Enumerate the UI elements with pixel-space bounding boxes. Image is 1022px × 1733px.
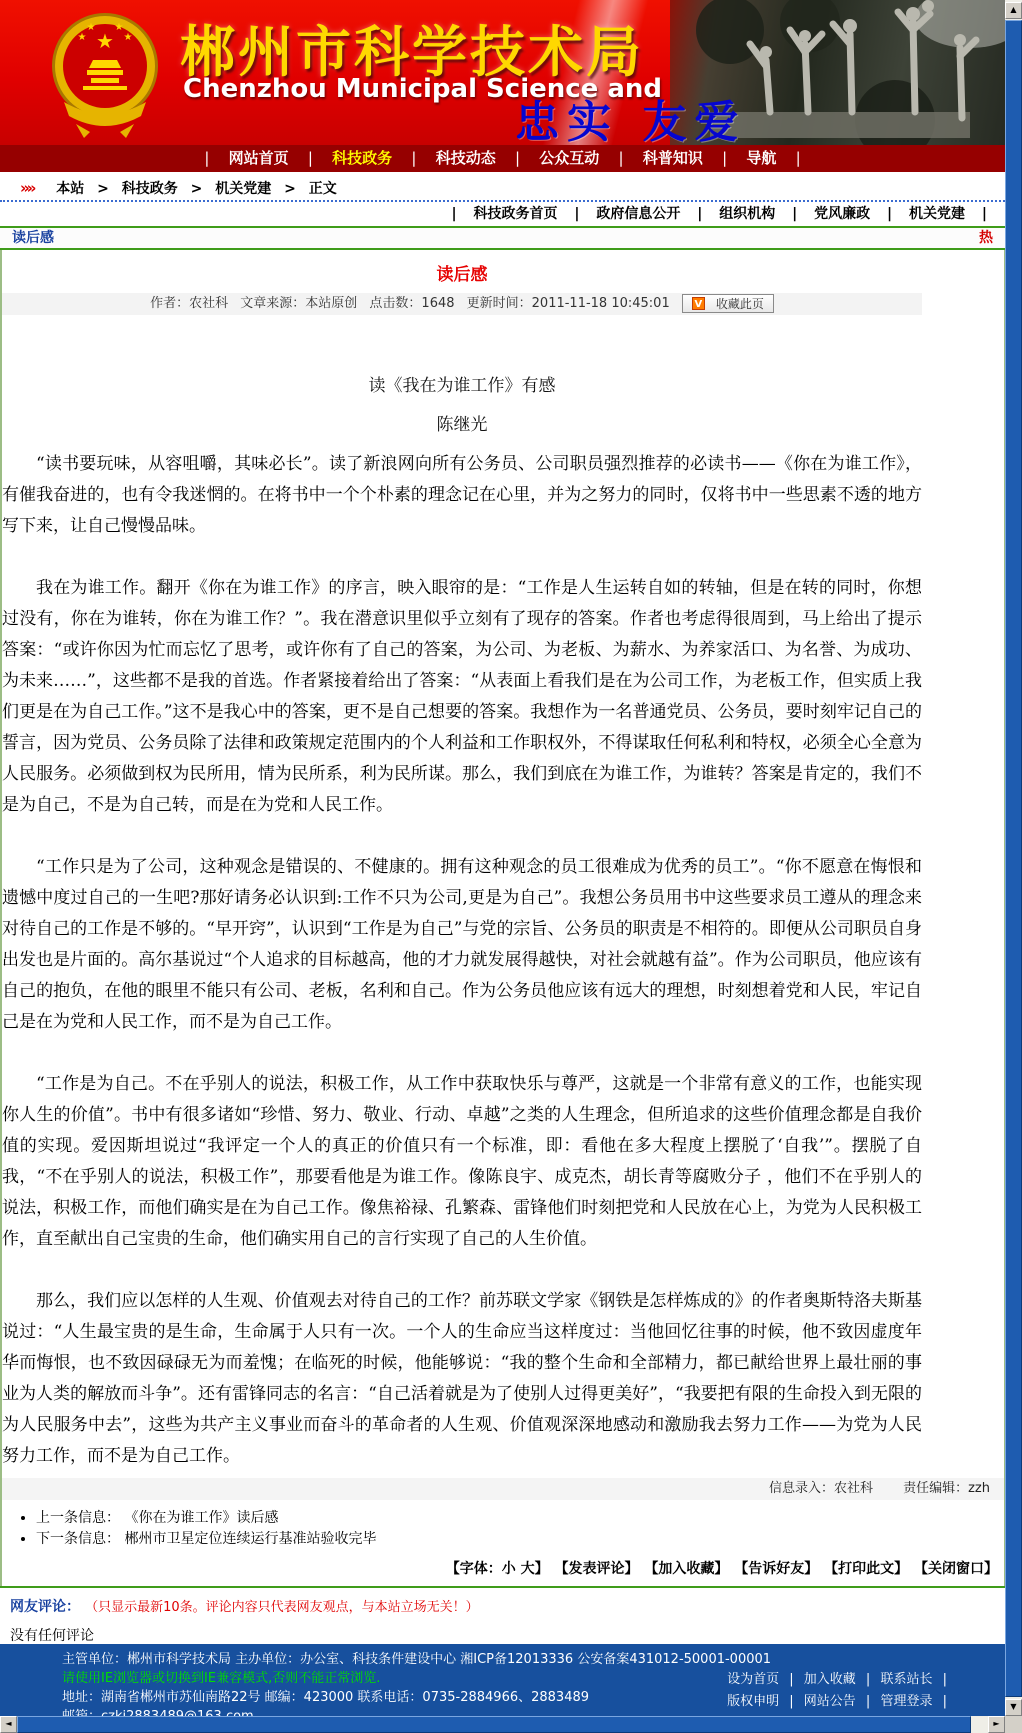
hot-badge: 热 (979, 228, 993, 248)
scroll-right-button[interactable]: ► (988, 1716, 1005, 1733)
page: ★ ★ ★ ★ ★ 郴州市科学技术局 Chenzhou Municipal Sc… (0, 0, 1022, 1733)
arrow-down-icon: ▼ (1010, 1702, 1016, 1711)
prev-next-list: 上一条信息： 《你在为谁工作》读后感 下一条信息： 郴州市卫星定位连续运行基准站… (2, 1508, 1004, 1550)
nav-item-keji-zhengwu[interactable]: 科技政务 (332, 149, 392, 167)
next-label: 下一条信息： (36, 1531, 120, 1547)
favorite-page-button[interactable]: V收藏此页 (682, 294, 774, 313)
vertical-scrollbar-thumb[interactable] (1005, 20, 1022, 1697)
slogan-text: 忠实 友爱 (515, 86, 746, 145)
footer-browser-notice: 请使用IE浏览器或切换到IE兼容模式,否则不能正常浏览. (62, 1669, 771, 1688)
entry-person: 信息录入：农社科 (769, 1481, 873, 1496)
meta-author: 作者：农社科 (150, 296, 228, 311)
footer-org-line: 主管单位：郴州市科学技术局 主办单位：办公室、科技条件建设中心 湘ICP备120… (62, 1650, 771, 1669)
subnav-divider: | (982, 206, 987, 222)
article-inner: 读后感 作者：农社科 文章来源：本站原创 点击数：1648 更新时间：2011-… (2, 250, 922, 1472)
svg-text:★: ★ (87, 22, 96, 33)
next-link[interactable]: 郴州市卫星定位连续运行基准站验收完毕 (124, 1531, 376, 1547)
copyright-link[interactable]: 版权申明 (727, 1694, 779, 1709)
nav-item-keji-dongtai[interactable]: 科技动态 (436, 149, 496, 167)
scroll-up-button[interactable]: ▲ (1005, 2, 1022, 19)
subnav-divider: | (697, 206, 702, 222)
add-favorite-link[interactable]: 加入收藏 (804, 1672, 856, 1687)
footer-divider: | (943, 1672, 947, 1687)
site-footer: 主管单位：郴州市科学技术局 主办单位：办公室、科技条件建设中心 湘ICP备120… (0, 1644, 1005, 1720)
nav-item-kepu-zhishi[interactable]: 科普知识 (643, 149, 703, 167)
close-window-button[interactable]: 【关闭窗口】 (914, 1561, 998, 1577)
arrow-right-icon: ► (993, 1719, 999, 1728)
nav-divider: | (204, 149, 209, 167)
subnav-item-zhengwu-home[interactable]: 科技政务首页 (474, 206, 558, 222)
subnav-divider: | (792, 206, 797, 222)
page-content: ★ ★ ★ ★ ★ 郴州市科学技术局 Chenzhou Municipal Sc… (0, 0, 1005, 1716)
favorite-label: 收藏此页 (716, 293, 764, 315)
subnav-item-xinxi-gongkai[interactable]: 政府信息公开 (596, 206, 680, 222)
scroll-down-button[interactable]: ▼ (1005, 1699, 1022, 1716)
nav-item-gongzhong-hudong[interactable]: 公众互动 (539, 149, 599, 167)
meta-source: 文章来源：本站原创 (240, 296, 357, 311)
paragraph: 我在为谁工作。翻开《你在为谁工作》的序言，映入眼帘的是：“工作是人生运转自如的转… (2, 573, 922, 821)
nav-divider: | (308, 149, 313, 167)
breadcrumb-item-jiguan-dangjian[interactable]: 机关党建 (215, 181, 271, 197)
footer-divider: | (943, 1694, 947, 1709)
breadcrumb-item-current: 正文 (309, 181, 337, 197)
prev-label: 上一条信息： (36, 1510, 120, 1526)
nav-divider: | (722, 149, 727, 167)
section-title[interactable]: 读后感 (12, 228, 54, 248)
comments-note: （只显示最新10条。评论内容只代表网友观点，与本站立场无关！） (85, 1600, 479, 1615)
meta-updated: 更新时间：2011-11-18 10:45:01 (467, 296, 670, 311)
footer-info: 主管单位：郴州市科学技术局 主办单位：办公室、科技条件建设中心 湘ICP备120… (62, 1650, 771, 1726)
meta-clicks: 点击数：1648 (369, 296, 454, 311)
entry-info-bar: 信息录入：农社科 责任编辑：zzh (2, 1478, 1004, 1500)
comments-empty-message: 没有任何评论 (10, 1625, 995, 1645)
add-favorite-button[interactable]: 【加入收藏】 (644, 1561, 728, 1577)
article-box: 读后感 作者：农社科 文章来源：本站原创 点击数：1648 更新时间：2011-… (0, 250, 1005, 1586)
nav-divider: | (411, 149, 416, 167)
vertical-scrollbar[interactable]: ▲ ▼ (1005, 0, 1022, 1716)
favorite-v-icon: V (692, 297, 705, 310)
paragraph: 那么，我们应以怎样的人生观、价值观去对待自己的工作？前苏联文学家《钢铁是怎样炼成… (2, 1286, 922, 1472)
subnav-item-zuzhi-jigou[interactable]: 组织机构 (719, 206, 775, 222)
arrow-up-icon: ▲ (1010, 5, 1016, 14)
breadcrumb-item-keji-zhengwu[interactable]: 科技政务 (122, 181, 178, 197)
footer-address-line: 地址：湖南省郴州市苏仙南路22号 邮编：423000 联系电话：0735-288… (62, 1688, 771, 1707)
article-byline: 陈继光 (2, 410, 922, 435)
nav-divider: | (796, 149, 801, 167)
article-toolbar: 【字体：小 大】 【发表评论】 【加入收藏】 【告诉好友】 【打印此文】 【关闭… (2, 1550, 1004, 1586)
nav-item-daohang[interactable]: 导航 (746, 149, 776, 167)
paragraph: “读书要玩味，从容咀嚼，其味必长”。读了新浪网向所有公务员、公司职员强烈推荐的必… (2, 449, 922, 542)
subnav-divider: | (574, 206, 579, 222)
comments-title: 网友评论： (10, 1599, 80, 1615)
site-header-banner: ★ ★ ★ ★ ★ 郴州市科学技术局 Chenzhou Municipal Sc… (0, 0, 1005, 145)
prev-link[interactable]: 《你在为谁工作》读后感 (124, 1510, 278, 1526)
subnav-divider: | (887, 206, 892, 222)
breadcrumb-item-home[interactable]: 本站 (56, 181, 84, 197)
svg-text:★: ★ (124, 32, 133, 43)
nav-divider: | (619, 149, 624, 167)
horizontal-scrollbar[interactable]: ◄ ► (0, 1716, 1005, 1733)
svg-text:★: ★ (115, 22, 124, 33)
prev-item: 上一条信息： 《你在为谁工作》读后感 (36, 1508, 1004, 1529)
article-title: 读后感 (2, 260, 922, 285)
scroll-left-button[interactable]: ◄ (0, 1716, 17, 1733)
main-nav: | 网站首页 | 科技政务 | 科技动态 | 公众互动 | 科普知识 | 导航 … (0, 145, 1005, 172)
editor-person: 责任编辑：zzh (903, 1481, 990, 1496)
footer-links-row1: 设为首页 | 加入收藏 | 联系站长 | (721, 1669, 947, 1691)
site-notice-link[interactable]: 网站公告 (804, 1694, 856, 1709)
paragraph: “工作只是为了公司，这种观念是错误的、不健康的。拥有这种观念的员工很难成为优秀的… (2, 852, 922, 1038)
breadcrumb-separator: > (191, 181, 203, 197)
footer-divider: | (789, 1672, 793, 1687)
subnav-item-jiguan-dangjian[interactable]: 机关党建 (909, 206, 965, 222)
subnav-item-dangfeng-lianzheng[interactable]: 党风廉政 (814, 206, 870, 222)
footer-divider: | (789, 1694, 793, 1709)
sub-nav: | 科技政务首页 | 政府信息公开 | 组织机构 | 党风廉政 | 机关党建 | (0, 202, 1005, 226)
breadcrumb-arrows-icon: »» (20, 179, 33, 197)
section-bar: 读后感 热 (0, 226, 1005, 250)
article-body: “读书要玩味，从容咀嚼，其味必长”。读了新浪网向所有公务员、公司职员强烈推荐的必… (2, 449, 922, 1472)
horizontal-scrollbar-thumb[interactable] (17, 1716, 971, 1733)
print-button[interactable]: 【打印此文】 (824, 1561, 908, 1577)
subnav-divider: | (452, 206, 457, 222)
arrow-left-icon: ◄ (5, 1719, 11, 1728)
article-subtitle: 读《我在为谁工作》有感 (2, 371, 922, 396)
font-size-control[interactable]: 【字体：小 大】 (446, 1561, 549, 1577)
article-bottom-group: 信息录入：农社科 责任编辑：zzh 上一条信息： 《你在为谁工作》读后感 下一条… (2, 1478, 1004, 1586)
set-homepage-link[interactable]: 设为首页 (727, 1672, 779, 1687)
post-comment-button[interactable]: 【发表评论】 (555, 1561, 639, 1577)
tell-friend-button[interactable]: 【告诉好友】 (734, 1561, 818, 1577)
next-item: 下一条信息： 郴州市卫星定位连续运行基准站验收完毕 (36, 1529, 1004, 1550)
footer-divider: | (866, 1672, 870, 1687)
national-emblem-icon: ★ ★ ★ ★ ★ (46, 6, 164, 144)
comments-section: 网友评论： （只显示最新10条。评论内容只代表网友观点，与本站立场无关！） 没有… (0, 1586, 1005, 1642)
svg-text:★: ★ (96, 29, 114, 53)
footer-links: 设为首页 | 加入收藏 | 联系站长 | 版权申明 | 网站公告 | 管理登录 … (721, 1669, 947, 1713)
scrollbar-corner (1005, 1716, 1022, 1733)
article-meta-bar: 作者：农社科 文章来源：本站原创 点击数：1648 更新时间：2011-11-1… (2, 293, 922, 315)
breadcrumb-separator: > (284, 181, 296, 197)
breadcrumb-separator: > (97, 181, 109, 197)
footer-divider: | (866, 1694, 870, 1709)
svg-text:★: ★ (78, 32, 87, 43)
nav-item-home[interactable]: 网站首页 (229, 149, 289, 167)
paragraph: “工作是为自己。不在乎别人的说法，积极工作，从工作中获取快乐与尊严，这就是一个非… (2, 1069, 922, 1255)
nav-divider: | (515, 149, 520, 167)
contact-webmaster-link[interactable]: 联系站长 (880, 1672, 932, 1687)
footer-links-row2: 版权申明 | 网站公告 | 管理登录 | (721, 1691, 947, 1713)
breadcrumb: »» 本站 > 科技政务 > 机关党建 > 正文 (0, 178, 1005, 202)
admin-login-link[interactable]: 管理登录 (880, 1694, 932, 1709)
